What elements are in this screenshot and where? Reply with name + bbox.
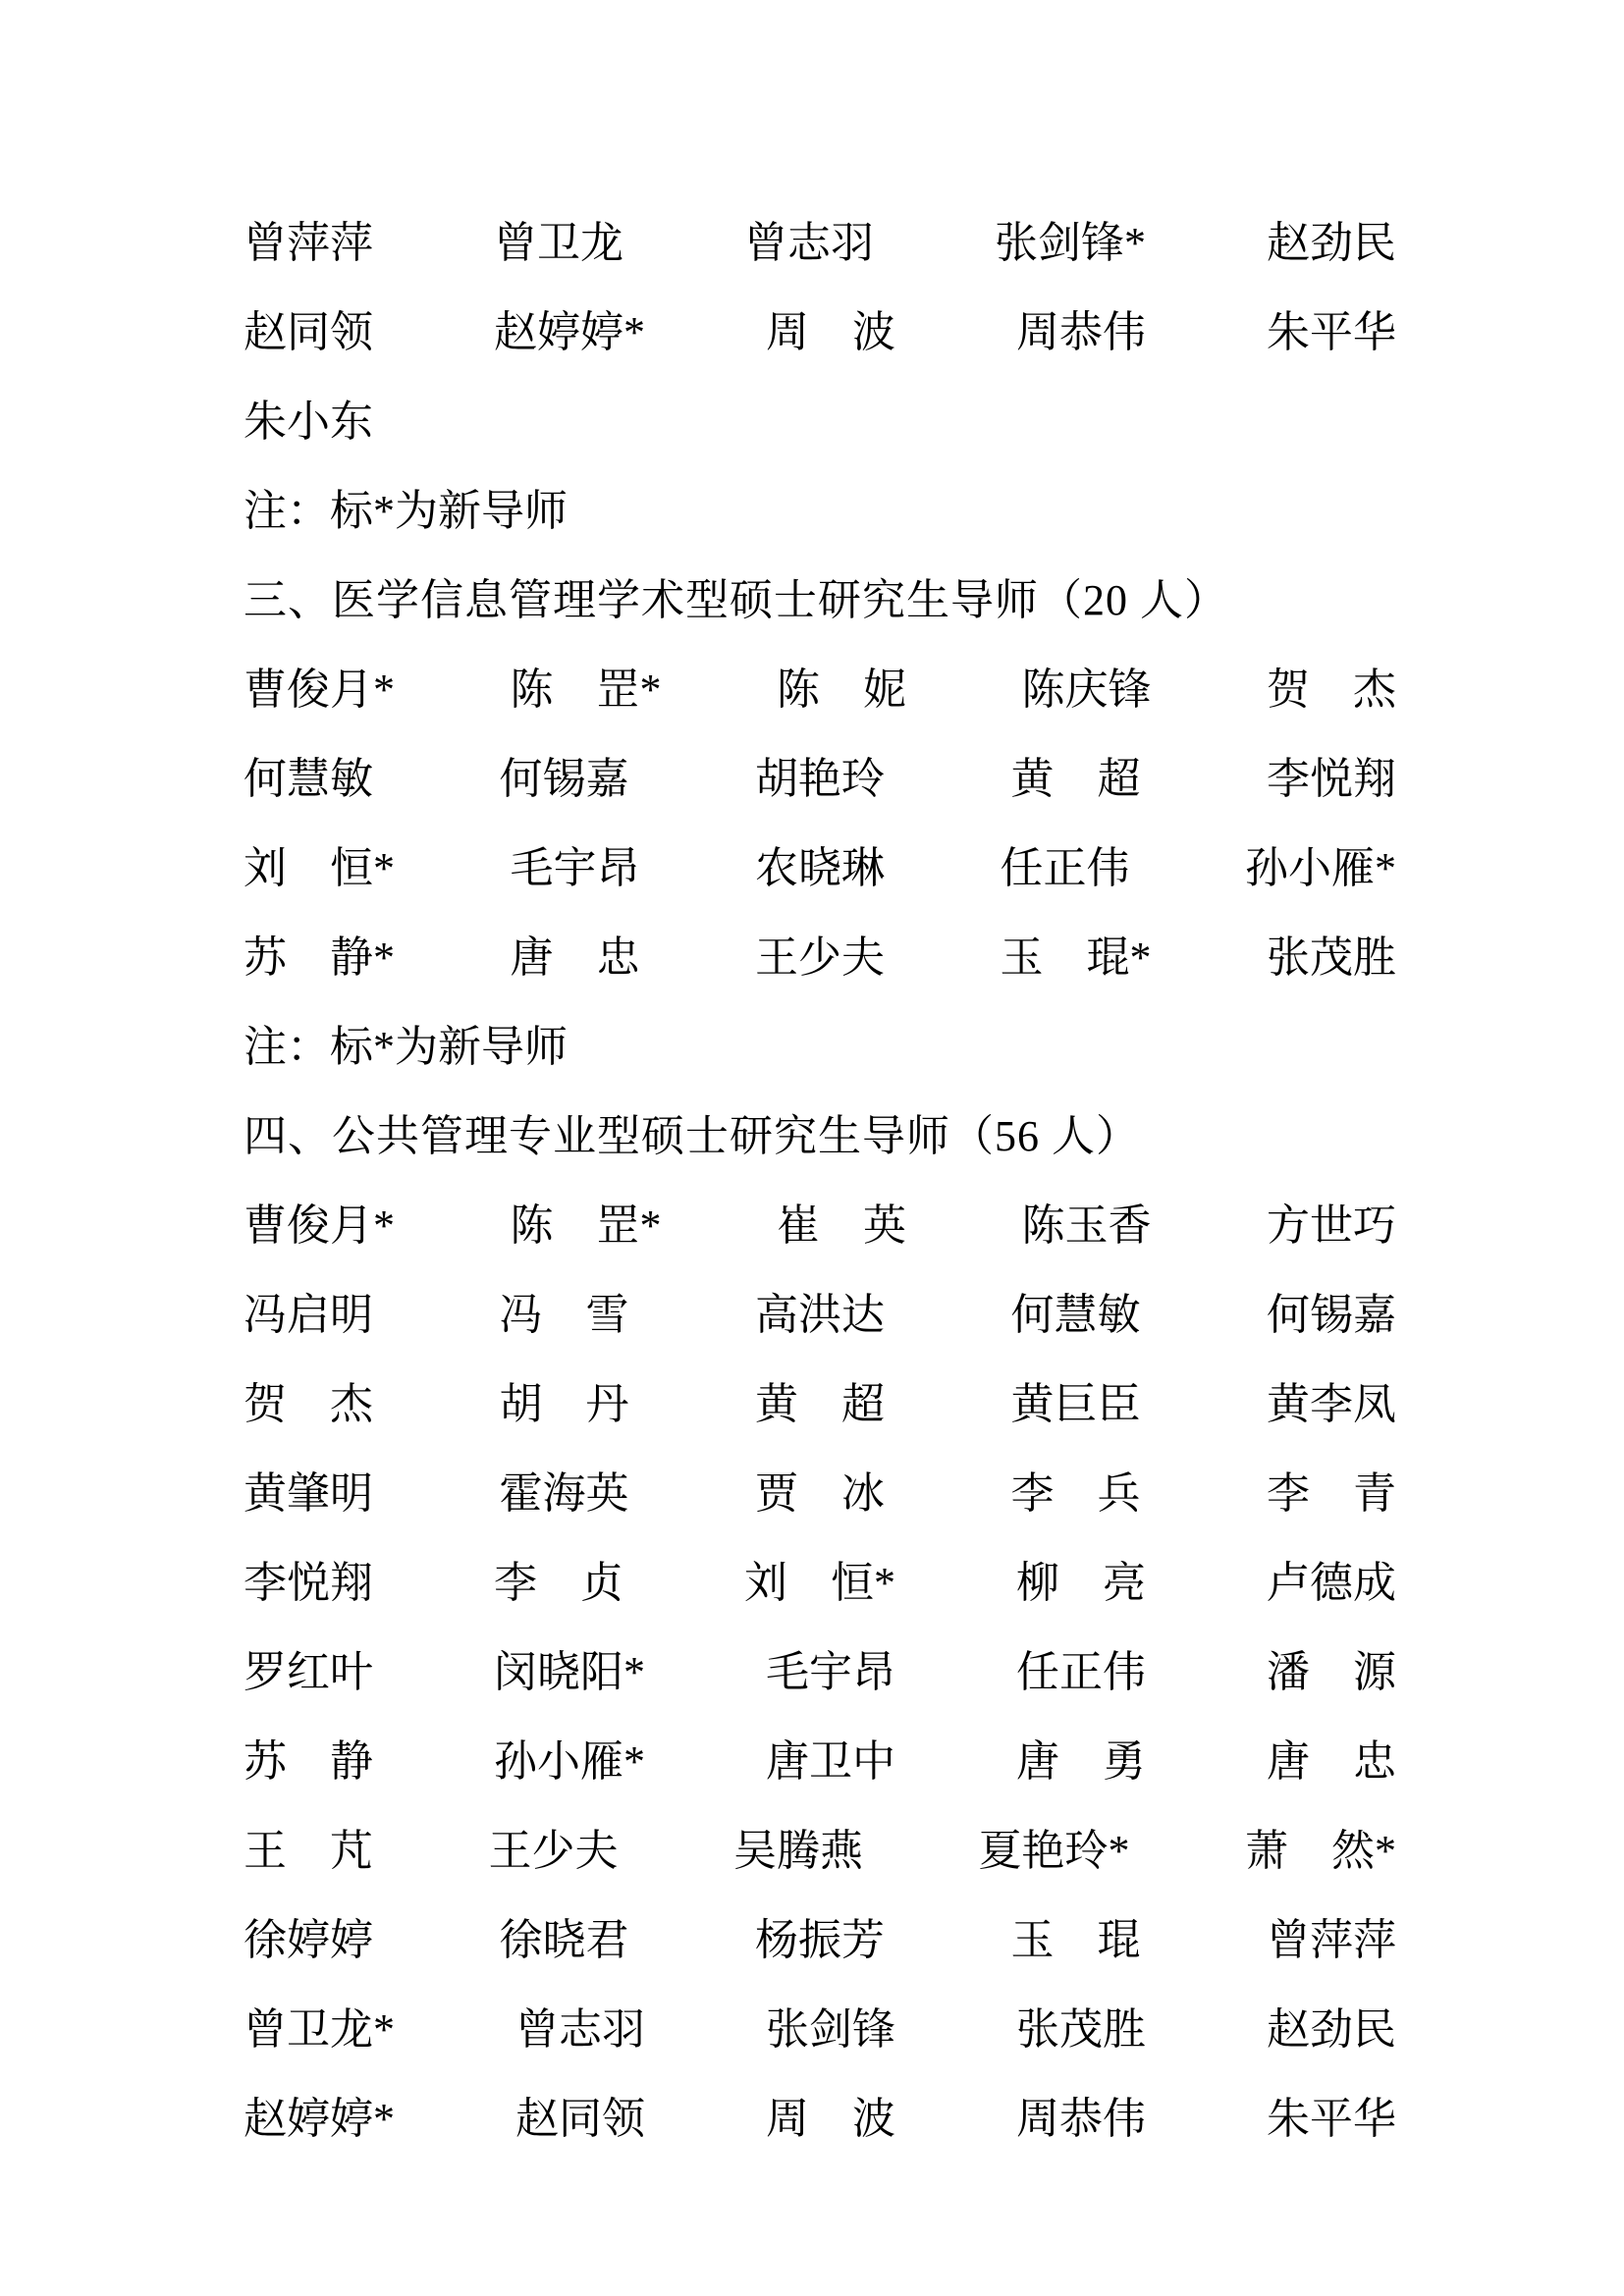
advisor-name: 陈 罡* (511, 1181, 662, 1270)
name-row: 徐婷婷徐晓君杨振芳玉 琨曾萍萍 (244, 1896, 1396, 1985)
advisor-name: 张剑锋 (766, 1985, 895, 2074)
advisor-name: 周 波 (766, 288, 895, 377)
advisor-name: 赵同领 (244, 288, 373, 377)
advisor-name: 周恭伟 (1016, 2074, 1146, 2163)
name-row: 刘 恒*毛宇昂农晓琳任正伟孙小雁* (244, 824, 1396, 913)
advisor-name: 何慧敏 (244, 734, 373, 824)
advisor-name: 赵劲民 (1267, 1985, 1396, 2074)
name-row: 何慧敏何锡嘉胡艳玲黄 超李悦翔 (244, 734, 1396, 824)
advisor-name: 任正伟 (1016, 1628, 1146, 1717)
advisor-name: 赵劲民 (1267, 198, 1396, 288)
advisor-name: 毛宇昂 (766, 1628, 895, 1717)
section-three-heading: 三、医学信息管理学术型硕士研究生导师（20 人） (244, 556, 1396, 645)
advisor-name: 黄李凤 (1267, 1360, 1396, 1449)
advisor-name: 赵婷婷* (244, 2074, 395, 2163)
advisor-name: 何锡嘉 (500, 734, 629, 824)
advisor-name: 李悦翔 (1267, 734, 1396, 824)
advisor-name: 玉 琨 (1011, 1896, 1141, 1985)
continuation-name-rows: 曾萍萍曾卫龙曾志羽张剑锋*赵劲民赵同领赵婷婷*周 波周恭伟朱平华朱小东 (244, 198, 1396, 466)
advisor-name: 崔 英 (777, 1181, 906, 1270)
advisor-name: 霍海英 (500, 1449, 629, 1538)
name-row: 曾萍萍曾卫龙曾志羽张剑锋*赵劲民 (244, 198, 1396, 288)
name-row: 苏 静*唐 忠王少夫玉 琨*张茂胜 (244, 913, 1396, 1002)
advisor-name: 李 兵 (1011, 1449, 1141, 1538)
advisor-name: 陈庆锋 (1022, 645, 1152, 734)
advisor-name: 陈玉香 (1022, 1181, 1152, 1270)
name-row: 黄肇明霍海英贾 冰李 兵李 青 (244, 1449, 1396, 1538)
advisor-name: 朱小东 (244, 377, 373, 466)
note-line: 注：标*为新导师 (244, 466, 1396, 556)
name-row: 王 芃王少夫吴腾燕夏艳玲*萧 然* (244, 1806, 1396, 1896)
advisor-name: 柳 亮 (1016, 1538, 1146, 1628)
advisor-name: 黄 超 (755, 1360, 885, 1449)
name-row: 李悦翔李 贞刘 恒*柳 亮卢德成 (244, 1538, 1396, 1628)
name-row: 冯启明冯 雪高洪达何慧敏何锡嘉 (244, 1270, 1396, 1360)
advisor-name: 唐 忠 (1267, 1717, 1396, 1806)
advisor-name: 罗红叶 (244, 1628, 373, 1717)
advisor-name: 唐 忠 (511, 913, 640, 1002)
name-row: 赵同领赵婷婷*周 波周恭伟朱平华 (244, 288, 1396, 377)
name-row: 朱小东 (244, 377, 1396, 466)
advisor-name: 吴腾燕 (733, 1806, 863, 1896)
advisor-name: 王 芃 (244, 1806, 373, 1896)
advisor-name: 胡艳玲 (755, 734, 885, 824)
advisor-name: 农晓琳 (755, 824, 885, 913)
advisor-name: 曾萍萍 (1267, 1896, 1396, 1985)
name-row: 罗红叶闵晓阳*毛宇昂任正伟潘 源 (244, 1628, 1396, 1717)
advisor-name: 黄肇明 (244, 1449, 373, 1538)
advisor-name: 李悦翔 (244, 1538, 373, 1628)
advisor-name: 张剑锋* (995, 198, 1146, 288)
advisor-name: 玉 琨* (1001, 913, 1152, 1002)
advisor-name: 王少夫 (489, 1806, 619, 1896)
name-row: 曹俊月*陈 罡*崔 英陈玉香方世巧 (244, 1181, 1396, 1270)
advisor-name: 黄 超 (1011, 734, 1141, 824)
advisor-name: 毛宇昂 (511, 824, 640, 913)
advisor-name: 贾 冰 (755, 1449, 885, 1538)
advisor-name: 唐卫中 (766, 1717, 895, 1806)
name-row: 曾卫龙*曾志羽张剑锋张茂胜赵劲民 (244, 1985, 1396, 2074)
advisor-name: 任正伟 (1001, 824, 1130, 913)
advisor-name: 周 波 (766, 2074, 895, 2163)
advisor-name: 张茂胜 (1267, 913, 1396, 1002)
advisor-name: 刘 恒* (744, 1538, 895, 1628)
advisor-name: 徐晓君 (500, 1896, 629, 1985)
advisor-name: 孙小雁* (1245, 824, 1396, 913)
advisor-name: 王少夫 (755, 913, 885, 1002)
advisor-name: 夏艳玲* (979, 1806, 1130, 1896)
advisor-name: 孙小雁* (494, 1717, 645, 1806)
advisor-name: 何慧敏 (1011, 1270, 1141, 1360)
advisor-name: 徐婷婷 (244, 1896, 373, 1985)
advisor-name: 杨振芳 (755, 1896, 885, 1985)
advisor-name: 冯启明 (244, 1270, 373, 1360)
document-page: 曾萍萍曾卫龙曾志羽张剑锋*赵劲民赵同领赵婷婷*周 波周恭伟朱平华朱小东 注：标*… (0, 0, 1624, 2296)
advisor-name: 闵晓阳* (494, 1628, 645, 1717)
section-three-name-rows: 曹俊月*陈 罡*陈 妮陈庆锋贺 杰何慧敏何锡嘉胡艳玲黄 超李悦翔刘 恒*毛宇昂农… (244, 645, 1396, 1002)
advisor-name: 贺 杰 (244, 1360, 373, 1449)
advisor-name: 苏 静* (244, 913, 395, 1002)
advisor-name: 高洪达 (755, 1270, 885, 1360)
section-four-heading: 四、公共管理专业型硕士研究生导师（56 人） (244, 1092, 1396, 1181)
advisor-name: 黄巨臣 (1011, 1360, 1141, 1449)
advisor-name: 潘 源 (1267, 1628, 1396, 1717)
advisor-name: 萧 然* (1245, 1806, 1396, 1896)
advisor-name: 李 青 (1267, 1449, 1396, 1538)
advisor-name: 冯 雪 (500, 1270, 629, 1360)
advisor-name: 刘 恒* (244, 824, 395, 913)
section-four-name-rows: 曹俊月*陈 罡*崔 英陈玉香方世巧冯启明冯 雪高洪达何慧敏何锡嘉贺 杰胡 丹黄 … (244, 1181, 1396, 2163)
advisor-name: 张茂胜 (1016, 1985, 1146, 2074)
advisor-name: 曾萍萍 (244, 198, 373, 288)
advisor-name: 苏 静 (244, 1717, 373, 1806)
advisor-name: 曹俊月* (244, 1181, 395, 1270)
advisor-name: 唐 勇 (1016, 1717, 1146, 1806)
advisor-name: 贺 杰 (1267, 645, 1396, 734)
advisor-name: 朱平华 (1267, 288, 1396, 377)
advisor-name: 周恭伟 (1016, 288, 1146, 377)
note-line: 注：标*为新导师 (244, 1002, 1396, 1092)
advisor-name: 李 贞 (494, 1538, 623, 1628)
name-row: 苏 静孙小雁*唐卫中唐 勇唐 忠 (244, 1717, 1396, 1806)
advisor-name: 赵同领 (515, 2074, 645, 2163)
advisor-name: 曹俊月* (244, 645, 395, 734)
advisor-name: 卢德成 (1267, 1538, 1396, 1628)
advisor-name: 方世巧 (1267, 1181, 1396, 1270)
name-row: 赵婷婷*赵同领周 波周恭伟朱平华 (244, 2074, 1396, 2163)
name-row: 曹俊月*陈 罡*陈 妮陈庆锋贺 杰 (244, 645, 1396, 734)
advisor-name: 胡 丹 (500, 1360, 629, 1449)
advisor-name: 何锡嘉 (1267, 1270, 1396, 1360)
advisor-name: 曾志羽 (744, 198, 874, 288)
advisor-name: 曾卫龙 (494, 198, 623, 288)
advisor-name: 曾卫龙* (244, 1985, 395, 2074)
advisor-name: 赵婷婷* (494, 288, 645, 377)
advisor-name: 朱平华 (1267, 2074, 1396, 2163)
advisor-name: 陈 妮 (777, 645, 906, 734)
advisor-name: 陈 罡* (511, 645, 662, 734)
name-row: 贺 杰胡 丹黄 超黄巨臣黄李凤 (244, 1360, 1396, 1449)
advisor-name: 曾志羽 (515, 1985, 645, 2074)
